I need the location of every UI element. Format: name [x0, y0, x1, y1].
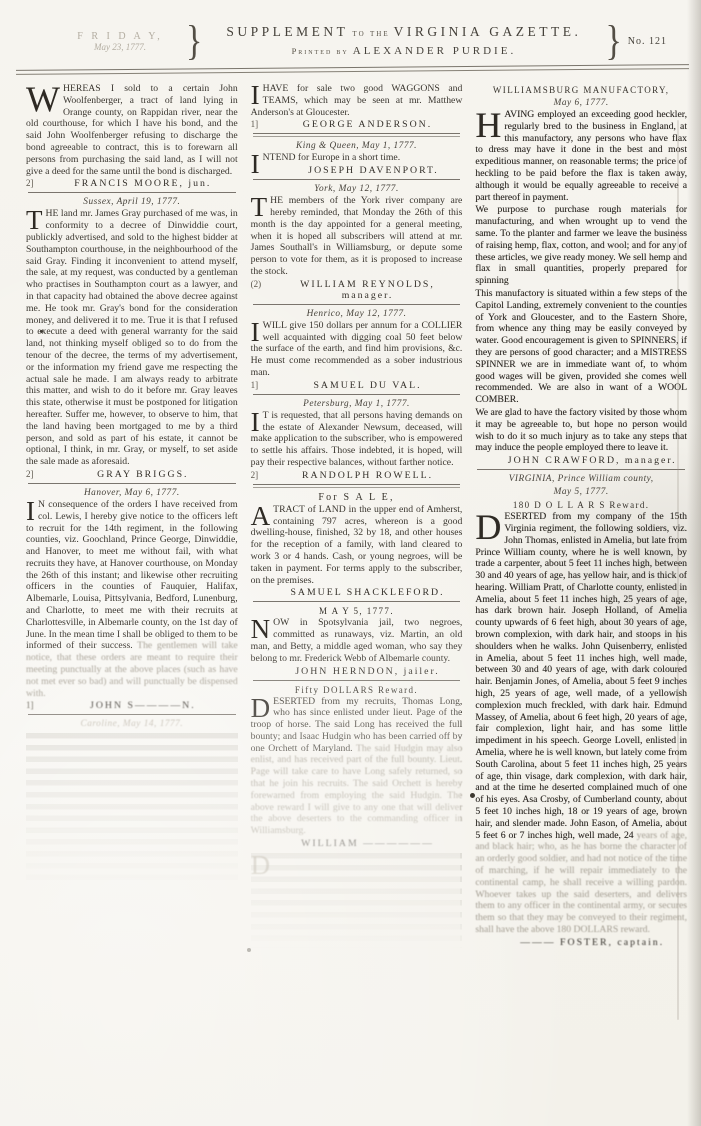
ad-divider [477, 469, 685, 470]
drop-cap: I [251, 152, 263, 175]
ad-york-river-company: York, May 12, 1777. THE members of the Y… [251, 184, 463, 305]
ad-divider [253, 601, 461, 602]
ad-divider [253, 179, 461, 180]
ad-body: T is requested, that all persons having … [251, 410, 463, 468]
ad-body-faded: years of age, and black hair; who, as he… [475, 830, 687, 935]
signature-line: JOHN CRAWFORD, manager. [475, 455, 687, 466]
ad-paragraph: We purpose to purchase rough materials f… [475, 204, 687, 287]
ad-body: HE members of the York river company are… [251, 195, 463, 277]
ad-heading-date: May 6, 1777. [475, 98, 687, 108]
brace-right-icon: } [599, 23, 627, 61]
ad-dateline: Caroline, May 14, 1777. [26, 719, 238, 729]
signature-name: JOHN S————N. [48, 700, 238, 711]
ad-dateline: York, May 12, 1777. [251, 184, 463, 194]
printer-prefix: Printed by [292, 46, 349, 56]
drop-cap: D [251, 696, 274, 719]
signature-name: FRANCIS MOORE, jun. [48, 178, 238, 189]
ad-body: N consequence of the orders I have recei… [26, 499, 238, 652]
signature-name: JOHN CRAWFORD, manager. [497, 455, 687, 466]
drop-cap: D [475, 511, 504, 542]
ad-body: AVING employed an exceeding good heckler… [475, 109, 687, 203]
ad-mark: 2] [26, 178, 48, 188]
ad-collier-wanted: Henrico, May 12, 1777. IWILL give 150 do… [251, 309, 463, 395]
drop-cap: I [26, 499, 38, 522]
ad-divider [253, 133, 461, 137]
printer-name: ALEXANDER PURDIE. [353, 45, 516, 57]
ad-body: TRACT of LAND in the upper end of Amhers… [251, 504, 463, 586]
ad-dateline2: May 5, 1777. [475, 487, 687, 497]
paper-title: SUPPLEMENT to the VIRGINIA GAZETTE. [208, 24, 599, 42]
ad-heading: WILLIAMSBURG MANUFACTORY, [475, 85, 687, 95]
issue-block: } No. 121 [599, 27, 667, 57]
ad-dateline: King & Queen, May 1, 1777. [251, 141, 463, 151]
drop-cap: T [251, 195, 271, 218]
signature-name: GEORGE ANDERSON. [273, 119, 463, 130]
scan-fold-streak [677, 120, 679, 1020]
title-main: VIRGINIA GAZETTE. [394, 24, 582, 39]
ad-divider [28, 483, 236, 484]
ad-mark: 1] [26, 700, 48, 710]
drop-cap: H [475, 109, 504, 140]
ink-speck [470, 793, 475, 798]
drop-cap: I [251, 320, 263, 343]
ad-deserters-180-dollars: VIRGINIA, Prince William county, May 5, … [475, 474, 687, 948]
signature-line: JOSEPH DAVENPORT. [263, 165, 463, 176]
ad-recruiting-orders: Hanover, May 6, 1777. IN consequence of … [26, 488, 238, 716]
signature-line: SAMUEL SHACKLEFORD. [251, 587, 463, 598]
ad-estate-newsum: Petersburg, May 1, 1777. IT is requested… [251, 399, 463, 488]
ad-heading: Fifty DOLLARS Reward. [251, 685, 463, 695]
newspaper-columns: WHEREAS I sold to a certain John Woolfen… [0, 72, 701, 952]
ad-williamsburg-manufactory: WILLIAMSBURG MANUFACTORY, May 6, 1777. H… [475, 85, 687, 470]
ad-gray-land-dispute: Sussex, April 19, 1777. THE land mr. Jam… [26, 197, 238, 484]
ad-heading: 180 D O L L A R S Reward. [475, 500, 687, 510]
ad-paragraph: We are glad to have the factory visited … [475, 407, 687, 454]
signature-name: JOHN HERNDON, jailer. [273, 666, 463, 677]
signature-name: WILLIAM —————— [273, 838, 463, 849]
signature-name: JOSEPH DAVENPORT. [285, 165, 463, 176]
signature-line: 2] RANDOLPH ROWELL. [251, 470, 463, 481]
signature-name: SAMUEL SHACKLEFORD. [273, 587, 463, 598]
column-3: WILLIAMSBURG MANUFACTORY, May 6, 1777. H… [475, 82, 687, 952]
brace-left-icon: } [180, 23, 208, 61]
drop-cap: A [251, 504, 274, 527]
drop-cap: I [251, 83, 263, 106]
ad-land-amherst-sale: For S A L E, ATRACT of LAND in the upper… [251, 492, 463, 603]
drop-cap: I [251, 410, 263, 433]
signature-name: RANDOLPH ROWELL. [273, 470, 463, 481]
signature-line: 1] GEORGE ANDERSON. [251, 119, 463, 130]
ad-body: OW in Spotsylvania jail, two negroes, co… [251, 617, 463, 663]
newspaper-page: F R I D A Y, May 23, 1777. } SUPPLEMENT … [0, 0, 701, 1126]
ad-divider [28, 192, 236, 193]
ad-body: HAVE for sale two good WAGGONS and TEAMS… [251, 83, 463, 118]
ad-paragraph: This manufactory is situated within a fe… [475, 288, 687, 406]
illegible-text-block [251, 853, 463, 948]
ad-heading: For S A L E, [251, 492, 463, 503]
signature-line: ——— FOSTER, captain. [475, 937, 687, 948]
ad-body: ESERTED from my company of the 15th Virg… [475, 511, 687, 841]
signature-line: 1] SAMUEL DU VAL. [251, 380, 463, 391]
ad-mark: 2] [251, 470, 273, 480]
ink-speck [40, 330, 43, 333]
drop-cap: T [26, 208, 46, 231]
signature-line: JOHN HERNDON, jailer. [251, 666, 463, 677]
column-1: WHEREAS I sold to a certain John Woolfen… [26, 82, 238, 952]
ad-dateline: VIRGINIA, Prince William county, [475, 474, 687, 484]
title-mid: to the [352, 29, 389, 39]
ad-waggons-for-sale: IHAVE for sale two good WAGGONS and TEAM… [251, 83, 463, 137]
signature-line: 2] FRANCIS MOORE, jun. [26, 178, 238, 189]
ad-spotsylvania-jail: M A Y 5, 1777. NOW in Spotsylvania jail,… [251, 606, 463, 680]
ad-dateline: Sussex, April 19, 1777. [26, 197, 238, 207]
signature-name: SAMUEL DU VAL. [273, 380, 463, 391]
signature-name: WILLIAM REYNOLDS, manager. [273, 279, 463, 301]
signature-line: WILLIAM —————— [251, 838, 463, 849]
ad-land-forewarning: WHEREAS I sold to a certain John Woolfen… [26, 83, 238, 193]
ad-dateline: Henrico, May 12, 1777. [251, 309, 463, 319]
title-prefix: SUPPLEMENT [226, 24, 348, 39]
ad-divider [28, 714, 236, 715]
illegible-text-block [26, 733, 238, 883]
scan-edge-shadow [687, 0, 701, 1126]
ad-divider [253, 304, 461, 305]
ad-divider [253, 680, 461, 681]
masthead-date: May 23, 1777. [60, 42, 180, 52]
signature-name: ——— FOSTER, captain. [497, 937, 687, 948]
ad-dateline: Hanover, May 6, 1777. [26, 488, 238, 498]
ad-dateline: Petersburg, May 1, 1777. [251, 399, 463, 409]
signature-line: 2] GRAY BRIGGS. [26, 469, 238, 480]
column-2: IHAVE for sale two good WAGGONS and TEAM… [251, 82, 463, 952]
ad-illegible-faded: Caroline, May 14, 1777. [26, 719, 238, 883]
ad-body: HE land mr. James Gray purchased of me w… [26, 208, 238, 467]
ad-body: NTEND for Europe in a short time. [263, 152, 400, 163]
masthead: F R I D A Y, May 23, 1777. } SUPPLEMENT … [0, 0, 701, 59]
printer-line: Printed by ALEXANDER PURDIE. [208, 42, 599, 59]
signature-line: 1] JOHN S————N. [26, 700, 238, 711]
drop-cap: W [26, 83, 63, 114]
ad-mark: 1] [251, 119, 273, 129]
signature-line: (2) WILLIAM REYNOLDS, manager. [251, 279, 463, 301]
ad-mark: 1] [251, 380, 273, 390]
ad-mark: 2] [26, 469, 48, 479]
drop-cap: N [251, 617, 274, 640]
ad-heading: M A Y 5, 1777. [251, 606, 463, 616]
masthead-title-block: SUPPLEMENT to the VIRGINIA GAZETTE. Prin… [208, 24, 599, 59]
ad-illegible-faded: D [251, 853, 463, 948]
ad-body-faded: The said Hudgin may also enlist, and has… [251, 743, 463, 837]
ad-fifty-dollars-reward: Fifty DOLLARS Reward. DESERTED from my r… [251, 685, 463, 850]
issue-number: No. 121 [628, 36, 667, 47]
ad-divider [253, 394, 461, 395]
signature-name: GRAY BRIGGS. [48, 469, 238, 480]
ink-speck [247, 948, 251, 952]
ad-body: WILL give 150 dollars per annum for a CO… [251, 320, 463, 378]
masthead-dateline: F R I D A Y, May 23, 1777. [60, 31, 180, 52]
masthead-day: F R I D A Y, [60, 31, 180, 42]
ad-intend-for-europe: King & Queen, May 1, 1777. INTEND for Eu… [251, 141, 463, 180]
ad-mark: (2) [251, 279, 273, 289]
ad-divider [253, 484, 461, 488]
